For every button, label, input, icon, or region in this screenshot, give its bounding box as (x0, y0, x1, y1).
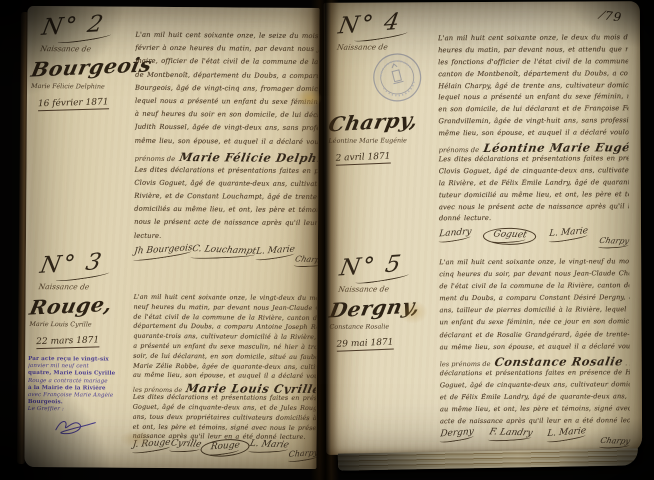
manuscript-line: Clovis Goguet, âgé de cinquante-deux ans… (439, 166, 629, 179)
manuscript-line: déclarant et de Rosalie Grandgérard, âgé… (440, 330, 630, 343)
manuscript-line: nous le présent acte de naissance après … (134, 218, 317, 232)
act-n3-body: L'an mil huit cent soixante onze, le vin… (133, 293, 317, 443)
act-n3: N° 3 Naissance de Rouge, Marie Louis Cyr… (24, 250, 318, 468)
signature: L. Marie (248, 439, 290, 453)
act-heading: Naissance de (338, 284, 433, 293)
act-number: N° 3 (25, 247, 136, 282)
name-suffix: . Les dites (625, 359, 630, 367)
act-n4-body: L'an mil huit cent soixante onze, le deu… (438, 33, 629, 226)
act-n4-signatures: LandryGoguetL. MarieCharpy (439, 227, 629, 249)
manuscript-line: au même lieu, son épouse, et auquel il a… (440, 342, 630, 355)
manuscript-line: la Rivière, et de Félix Émile Landry, âg… (439, 178, 629, 191)
act-n4-margin: N° 4 Naissance de Charpy, Léontine Marie… (327, 10, 432, 165)
register-photo: N° 2 Naissance de Bourgeois Marie Félici… (0, 0, 654, 480)
act-surname: Rouge, (27, 291, 135, 320)
manuscript-line: Hélain Charpy, âgé de trente ans, cultiv… (438, 81, 628, 94)
name-line: prénoms de Léontine Marie Eugénie. (439, 140, 629, 155)
act-n2-body: L'an mil huit cent soixante onze, le sei… (134, 31, 318, 246)
act-n4: N° 4 Naissance de Charpy, Léontine Marie… (324, 9, 641, 255)
manuscript-line: heures du matin, par devant nous, et att… (438, 45, 628, 58)
act-given-names: Léontine Marie Eugénie (329, 136, 432, 145)
manuscript-line: février à onze heures du matin, par deva… (135, 44, 318, 58)
signature: Dergny (439, 427, 474, 443)
act-given-names: Marie Louis Cyrille (29, 320, 132, 329)
act-date: 22 mars 1871 (36, 335, 99, 349)
act-surname: Bourgeois (29, 53, 137, 82)
signature: Goguet (481, 227, 538, 245)
manuscript-line: Rivière, et de Constant Louchampt, âgé d… (134, 192, 317, 206)
act-given-names: Marie Félicie Delphine (31, 82, 134, 91)
marriage-mention-stamp: Par acte reçu le vingt-sixjanvier mil ne… (28, 356, 131, 436)
signature: L. Marie (546, 426, 586, 442)
signature: Charpy (598, 236, 630, 249)
manuscript-line: de l'état civil de la commune de la Rivi… (439, 281, 629, 294)
signature: Rouge (200, 438, 251, 458)
manuscript-line: à neuf heures du soir en son domicile, d… (135, 110, 318, 124)
manuscript-line: Les dites déclarations et présentations … (439, 154, 629, 167)
signature: Cyrille (169, 439, 203, 453)
manuscript-line: en son domicile, de lui déclarant et de … (438, 105, 628, 118)
child-name: Marie Félicie Delphine (176, 150, 318, 165)
manuscript-line: les fonctions d'officier de l'état civil… (438, 57, 628, 70)
manuscript-line: Judith Roussel, âgée de vingt-deux ans, … (135, 123, 318, 137)
manuscript-line: Goguet, âgé de cinquante-deux ans, culti… (440, 380, 630, 393)
signature: Landry (438, 227, 472, 243)
manuscript-line: L'an mil huit cent soixante onze, le sei… (135, 31, 318, 45)
manuscript-line: maire, officier de l'état civil de la co… (135, 57, 318, 71)
name-line: les prénoms de Constance Rosalie. Les di… (440, 354, 630, 369)
act-heading: Naissance de (40, 44, 135, 54)
name-prefix: les prénoms de (440, 360, 493, 368)
manuscript-line: cinq heures du soir, par devant nous Jea… (439, 269, 629, 282)
manuscript-line: même lieu, son épouse, et auquel il a dé… (438, 128, 628, 141)
manuscript-line: même lieu, son épouse, et auquel il a dé… (135, 136, 318, 150)
mention-line: Le Greffier : (28, 406, 130, 414)
manuscript-line: lecture. (134, 231, 317, 245)
manuscript-line: Bourgeois, âgé de vingt-cinq ans, fromag… (135, 83, 318, 97)
child-name: Léontine Marie Eugénie (480, 140, 628, 155)
manuscript-line: Grandvillemin, âgée de vingt-huit ans, s… (438, 116, 628, 129)
child-name: Constance Rosalie (491, 354, 626, 369)
act-heading: Naissance de (38, 282, 133, 292)
manuscript-line: lequel nous a présenté un enfant du sexe… (135, 97, 318, 111)
act-n5-signatures: DergnyF. LandryL. MarieCharpy (440, 427, 630, 449)
manuscript-line: donné lecture. (439, 214, 629, 227)
name-prefix: prénoms de (439, 146, 482, 154)
act-surname: Charpy, (327, 107, 435, 137)
child-name: Marie Louis Cyrille (183, 381, 316, 394)
name-prefix: prénoms de (135, 154, 178, 162)
manuscript-line: un enfant du sexe féminin, née ce jour e… (439, 318, 629, 331)
manuscript-line: L'an mil huit cent soixante onze, le deu… (438, 33, 628, 46)
manuscript-line: déclarations et présentations faites en … (440, 368, 630, 381)
manuscript-line: de Montbenoît, département du Doubs, a c… (135, 70, 318, 84)
act-number: N° 4 (324, 7, 434, 44)
signature: J. Rouge (132, 438, 171, 453)
act-n5-margin: N° 5 Naissance de Dergny, Constance Rosa… (328, 252, 433, 351)
manuscript-line: Clovis Goguet, âgé de quarante-deux ans,… (134, 179, 317, 193)
act-n5: N° 5 Naissance de Dergny, Constance Rosa… (325, 251, 642, 453)
manuscript-line: ans, tailleur de pierres domicilié à la … (439, 306, 629, 319)
left-page: N° 2 Naissance de Bourgeois Marie Félici… (24, 6, 319, 469)
act-number: N° 2 (27, 9, 138, 44)
act-n3-margin: N° 3 Naissance de Rouge, Marie Louis Cyr… (28, 250, 133, 436)
manuscript-line: L'an mil huit cent soixante onze, le vin… (439, 257, 629, 270)
act-n2: N° 2 Naissance de Bourgeois Marie Félici… (26, 12, 320, 270)
signature: Charpy (599, 436, 631, 449)
act-n2-margin: N° 2 Naissance de Bourgeois Marie Félici… (30, 12, 135, 111)
manuscript-line: avec nous le présent acte de naissance a… (439, 202, 629, 215)
signature: F. Landry (487, 427, 533, 441)
manuscript-line: lequel nous a présenté un enfant du sexe… (438, 93, 628, 106)
act-given-names: Constance Rosalie (329, 322, 432, 331)
act-surname: Dergny, (328, 293, 436, 323)
manuscript-line: au même lieu, et ont, les père et témoin… (440, 404, 630, 417)
name-line: prénoms de Marie Félicie Delphine . (135, 149, 318, 166)
act-date: 29 mai 1871 (336, 337, 393, 351)
manuscript-line: domiciliés au même lieu, et ont, les pèr… (134, 205, 317, 219)
seal-area (327, 51, 431, 108)
act-n5-body: L'an mil huit cent soixante onze, le vin… (439, 257, 630, 429)
manuscript-line: ment du Doubs, a comparu Constant Désiré… (439, 294, 629, 307)
act-n3-signatures: J. RougeCyrilleRougeL. MarieCharpy (132, 439, 315, 461)
greffier-signature-flourish (54, 416, 98, 436)
book-gutter (311, 0, 339, 480)
act-number: N° 5 (325, 249, 436, 286)
signature: L. Marie (548, 226, 588, 242)
manuscript-line: et de Félix Émile Landry, âgé de quarant… (440, 392, 630, 405)
right-page: 79 N° 4 Naissance de Charpy, Léontine Ma… (324, 1, 642, 455)
act-date: 2 avril 1871 (335, 152, 390, 166)
manuscript-line: Les dites déclarations et présentations … (134, 165, 317, 179)
manuscript-line: tuteur domicilié au même lieu, et ont, l… (439, 190, 629, 203)
official-round-seal-icon (366, 46, 429, 109)
act-date: 16 février 1871 (38, 97, 109, 111)
manuscript-line: canton de Montbenoît, département du Dou… (438, 69, 628, 82)
